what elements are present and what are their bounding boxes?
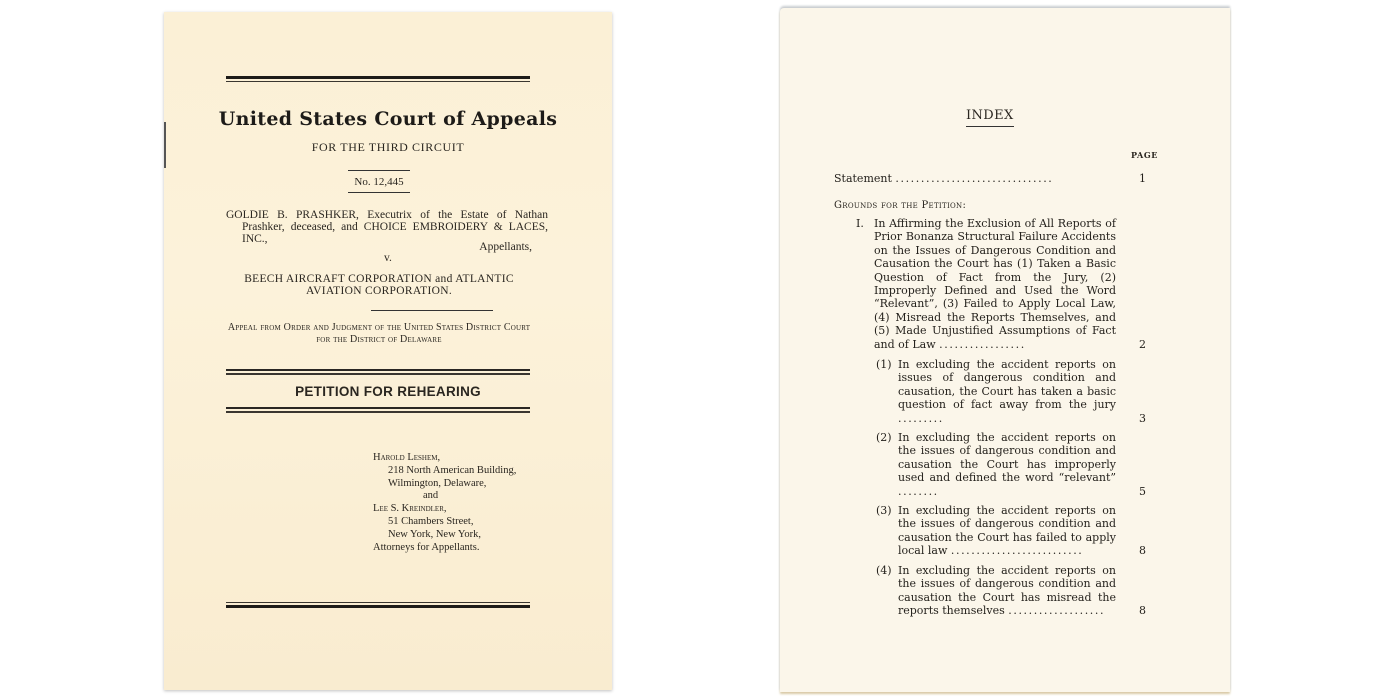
index-title: INDEX (966, 108, 1014, 127)
leader-dots: ......... (898, 412, 944, 425)
subpoint-page: 3 (1116, 412, 1146, 425)
divider (371, 310, 493, 311)
attorneys-role: Attorneys for Appellants. (373, 542, 516, 555)
subpoint-number: (3) (876, 504, 898, 517)
attorney1-name: Harold Leshem, (373, 452, 516, 465)
subpoint-text: In excluding the accident reports on the… (898, 431, 1116, 484)
subpoint-number: (1) (876, 358, 898, 371)
point-I-page: 2 (1116, 338, 1146, 351)
title-rule-bottom (226, 407, 530, 413)
attorney2-name: Lee S. Kreindler, (373, 503, 516, 516)
attorney2-address1: 51 Chambers Street, (373, 516, 516, 529)
attorney1-address1: 218 North American Building, (373, 465, 516, 478)
index-page: INDEX PAGE Statement ...................… (780, 8, 1230, 692)
toc-subpoint: (4)In excluding the accident reports on … (876, 564, 1146, 618)
top-double-rule (226, 76, 530, 82)
docket-number: No. 12,445 (348, 170, 410, 193)
toc-subpoint: (3)In excluding the accident reports on … (876, 504, 1146, 558)
leader-dots: .......................... (951, 544, 1084, 557)
page-column-header: PAGE (1131, 150, 1158, 160)
leader-dots: ........ (898, 485, 939, 498)
grounds-heading: Grounds for the Petition: (834, 200, 966, 211)
statement-label: Statement (834, 172, 892, 185)
subpoint-page: 8 (1116, 544, 1146, 557)
appeal-line: Appeal from Order and Judgment of the Un… (226, 322, 532, 346)
versus: v. (164, 252, 612, 264)
subpoint-page: 8 (1116, 604, 1146, 617)
subpoint-text: In excluding the accident reports on iss… (898, 358, 1116, 411)
conjunction: and (373, 490, 516, 503)
appellants-text: GOLDIE B. PRASHKER, Executrix of the Est… (226, 209, 548, 245)
point-I-numeral: I. (856, 217, 874, 230)
subpoint-page: 5 (1116, 485, 1146, 498)
subpoint-number: (4) (876, 564, 898, 577)
subpoint-number: (2) (876, 431, 898, 444)
leader-dots: ................... (1008, 604, 1105, 617)
circuit-name: FOR THE THIRD CIRCUIT (164, 140, 612, 155)
court-title: United States Court of Appeals (164, 108, 612, 130)
appellees-text: BEECH AIRCRAFT CORPORATION and ATLANTIC … (226, 273, 532, 297)
leader-dots: ................. (939, 338, 1026, 351)
document-title: PETITION FOR REHEARING (164, 384, 612, 399)
attorney2-address2: New York, New York, (373, 529, 516, 542)
title-rule-top (226, 369, 530, 375)
leader-dots: ............................... (895, 172, 1053, 185)
point-I-text: In Affirming the Exclusion of All Report… (874, 217, 1116, 351)
attorneys-block: Harold Leshem, 218 North American Buildi… (373, 452, 516, 554)
toc-subpoints: (1)In excluding the accident reports on … (876, 358, 1146, 617)
cover-page: United States Court of Appeals FOR THE T… (164, 12, 612, 690)
toc-subpoint: (1)In excluding the accident reports on … (876, 358, 1146, 425)
bottom-double-rule (226, 602, 530, 608)
attorney1-address2: Wilmington, Delaware, (373, 478, 516, 491)
toc-subpoint: (2)In excluding the accident reports on … (876, 431, 1146, 498)
toc-point-I: I.In Affirming the Exclusion of All Repo… (856, 217, 1146, 351)
toc-statement: Statement ..............................… (834, 172, 1146, 185)
statement-page: 1 (1116, 172, 1146, 185)
